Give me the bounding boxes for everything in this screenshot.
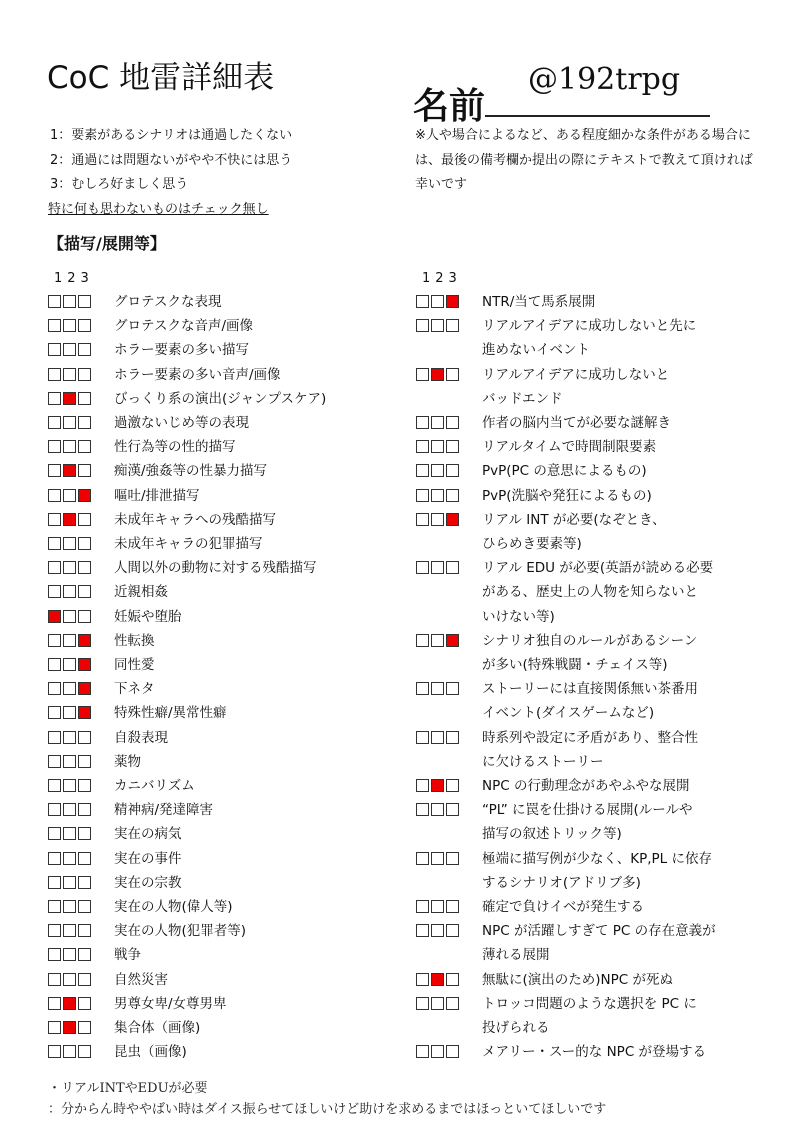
checkbox-2[interactable] [63, 634, 76, 647]
checklist-row: NPC が活躍しすぎて PC の存在意義が薄れる展開 [416, 919, 766, 967]
checkbox-3[interactable] [446, 440, 459, 453]
checkbox-1[interactable] [48, 924, 61, 937]
item-label: リアル INT が必要(なぞとき、ひらめき要素等) [482, 508, 666, 556]
checkbox-1[interactable] [48, 948, 61, 961]
checklist-row: 同性愛 [48, 653, 398, 677]
rating-checkboxes [416, 459, 482, 477]
checkbox-2[interactable] [431, 416, 444, 429]
checkbox-2[interactable] [63, 610, 76, 623]
checkbox-3[interactable] [78, 416, 91, 429]
checkbox-3[interactable] [446, 464, 459, 477]
checkbox-2[interactable] [63, 561, 76, 574]
checkbox-1[interactable] [416, 973, 429, 986]
checkbox-1[interactable] [48, 634, 61, 647]
checklist-row: リアルアイデアに成功しないと先に進めないイベント [416, 314, 766, 362]
item-label: 未成年キャラの犯罪描写 [114, 532, 263, 556]
checkbox-2[interactable] [63, 682, 76, 695]
checkbox-2[interactable] [63, 997, 76, 1010]
rating-checkboxes [416, 992, 482, 1010]
checklist-row: 実在の病気 [48, 822, 398, 846]
rating-checkboxes [416, 1040, 482, 1058]
rating-checkboxes [416, 314, 482, 332]
checkbox-3[interactable] [78, 319, 91, 332]
column-header: 123 [48, 268, 398, 290]
checklist-row: リアルタイムで時間制限要素 [416, 435, 766, 459]
rating-checkboxes [48, 847, 114, 865]
checkbox-2[interactable] [63, 706, 76, 719]
checklist-row: 男尊女卑/女尊男卑 [48, 992, 398, 1016]
checkbox-1[interactable] [416, 513, 429, 526]
checkbox-1[interactable] [48, 440, 61, 453]
item-label: 人間以外の動物に対する残酷描写 [114, 556, 317, 580]
checkbox-3[interactable] [78, 900, 91, 913]
item-label: カニバリズム [114, 774, 195, 798]
section-title: 【描写/展開等】 [48, 231, 166, 254]
checkbox-3[interactable] [446, 779, 459, 792]
checkbox-1[interactable] [416, 416, 429, 429]
item-label-line: 時系列や設定に矛盾があり、整合性 [482, 726, 698, 750]
checklist-row: 確定で負けイベが発生する [416, 895, 766, 919]
checkbox-2[interactable] [63, 658, 76, 671]
checkbox-3[interactable] [446, 973, 459, 986]
checkbox-3[interactable] [78, 948, 91, 961]
checkbox-3[interactable] [78, 295, 91, 308]
legend-item-3: 3：むしろ好ましく思う [48, 173, 292, 198]
checkbox-2[interactable] [431, 561, 444, 574]
checklist-row: NPC の行動理念があやふやな展開 [416, 774, 766, 798]
checkbox-3[interactable] [78, 440, 91, 453]
checkbox-1[interactable] [48, 319, 61, 332]
rating-checkboxes [48, 484, 114, 502]
checklist-row: 作者の脳内当てが必要な謎解き [416, 411, 766, 435]
item-label: NTR/当て馬系展開 [482, 290, 595, 314]
checkbox-3[interactable] [78, 973, 91, 986]
checklist-row: リアルアイデアに成功しないとバッドエンド [416, 363, 766, 411]
checkbox-3[interactable] [446, 513, 459, 526]
checklist-row: びっくり系の演出(ジャンプスケア) [48, 387, 398, 411]
item-label: グロテスクな表現 [114, 290, 221, 314]
checkbox-2[interactable] [431, 1045, 444, 1058]
checklist-row: NTR/当て馬系展開 [416, 290, 766, 314]
item-label: 無駄に(演出のため)NPC が死ぬ [482, 968, 673, 992]
item-label: グロテスクな音声/画像 [114, 314, 253, 338]
checklist-row: カニバリズム [48, 774, 398, 798]
item-label-line: バッドエンド [482, 387, 669, 411]
checkbox-3[interactable] [446, 852, 459, 865]
checklist-row: PvP(洗脳や発狂によるもの) [416, 484, 766, 508]
checkbox-2[interactable] [63, 779, 76, 792]
checkbox-1[interactable] [416, 924, 429, 937]
checkbox-1[interactable] [416, 997, 429, 1010]
item-label-line: 無駄に(演出のため)NPC が死ぬ [482, 968, 673, 992]
checkbox-1[interactable] [48, 803, 61, 816]
rating-checkboxes [416, 726, 482, 744]
checkbox-1[interactable] [416, 561, 429, 574]
item-label: リアルタイムで時間制限要素 [482, 435, 656, 459]
item-label: 実在の事件 [114, 847, 182, 871]
checklist-row: 下ネタ [48, 677, 398, 701]
item-label-line: NPC の行動理念があやふやな展開 [482, 774, 689, 798]
rating-checkboxes [416, 484, 482, 502]
rating-checkboxes [416, 774, 482, 792]
checkbox-2[interactable] [63, 392, 76, 405]
item-label: 同性愛 [114, 653, 155, 677]
checkbox-1[interactable] [48, 1021, 61, 1034]
checkbox-3[interactable] [78, 585, 91, 598]
checklist-row: 嘔吐/排泄描写 [48, 484, 398, 508]
checkbox-2[interactable] [63, 319, 76, 332]
checkbox-3[interactable] [446, 731, 459, 744]
checkbox-2[interactable] [63, 537, 76, 550]
rating-checkboxes [48, 532, 114, 550]
checkbox-2[interactable] [63, 803, 76, 816]
checkbox-1[interactable] [48, 561, 61, 574]
checklist-row: メアリー・スー的な NPC が登場する [416, 1040, 766, 1064]
checkbox-2[interactable] [63, 948, 76, 961]
checkbox-3[interactable] [446, 319, 459, 332]
checkbox-2[interactable] [431, 319, 444, 332]
checkbox-3[interactable] [78, 537, 91, 550]
checkbox-3[interactable] [78, 755, 91, 768]
rating-checkboxes [48, 580, 114, 598]
checkbox-3[interactable] [78, 827, 91, 840]
checkbox-2[interactable] [63, 876, 76, 889]
checkbox-3[interactable] [446, 634, 459, 647]
item-label: 痴漢/強姦等の性暴力描写 [114, 459, 267, 483]
checklist-row: 特殊性癖/異常性癖 [48, 701, 398, 725]
checkbox-2[interactable] [63, 924, 76, 937]
name-underline [485, 115, 710, 117]
checkbox-3[interactable] [78, 634, 91, 647]
checkbox-1[interactable] [48, 779, 61, 792]
checkbox-3[interactable] [78, 513, 91, 526]
item-label-line: に欠けるストーリー [482, 750, 698, 774]
item-label-line: ストーリーには直接関係無い茶番用 [482, 677, 698, 701]
legend: 1：要素があるシナリオは通過したくない 2：通過には問題ないがやや不快には思う … [48, 124, 292, 222]
item-label: 性転換 [114, 629, 155, 653]
checkbox-3[interactable] [446, 803, 459, 816]
checkbox-3[interactable] [446, 1045, 459, 1058]
name-field: 名前 @192trpg [413, 62, 713, 118]
item-label: 実在の宗教 [114, 871, 182, 895]
item-label-line: リアルタイムで時間制限要素 [482, 435, 656, 459]
remark-note: ※人や場合によるなど、ある程度細かな条件がある場合には、最後の備考欄か提出の際に… [415, 124, 755, 198]
checklist-row: 実在の事件 [48, 847, 398, 871]
item-label-line: PvP(洗脳や発狂によるもの) [482, 484, 652, 508]
item-label: ホラー要素の多い描写 [114, 338, 249, 362]
checkbox-1[interactable] [416, 900, 429, 913]
checkbox-2[interactable] [431, 997, 444, 1010]
item-label: 未成年キャラへの残酷描写 [114, 508, 276, 532]
rating-checkboxes [48, 605, 114, 623]
checkbox-3[interactable] [78, 997, 91, 1010]
checkbox-2[interactable] [431, 779, 444, 792]
checkbox-3[interactable] [78, 706, 91, 719]
rating-checkboxes [48, 895, 114, 913]
checkbox-1[interactable] [416, 295, 429, 308]
checkbox-2[interactable] [63, 513, 76, 526]
checkbox-1[interactable] [48, 900, 61, 913]
item-label-line: がある、歴史上の人物を知らないと [482, 580, 713, 604]
checkbox-1[interactable] [48, 416, 61, 429]
rating-checkboxes [48, 411, 114, 429]
item-label: 自殺表現 [114, 726, 168, 750]
checkbox-1[interactable] [416, 803, 429, 816]
checkbox-1[interactable] [416, 852, 429, 865]
item-label-line: が多い(特殊戦闘・チェイス等) [482, 653, 697, 677]
checkbox-2[interactable] [431, 682, 444, 695]
checklist-row: 無駄に(演出のため)NPC が死ぬ [416, 968, 766, 992]
checkbox-3[interactable] [78, 658, 91, 671]
checkbox-2[interactable] [63, 731, 76, 744]
right-checklist: 123 NTR/当て馬系展開リアルアイデアに成功しないと先に進めないイベントリア… [416, 268, 766, 1065]
checklist-row: 人間以外の動物に対する残酷描写 [48, 556, 398, 580]
checklist-row: “PL” に罠を仕掛ける展開(ルールや描写の叙述トリック等) [416, 798, 766, 846]
checkbox-3[interactable] [78, 731, 91, 744]
checkbox-2[interactable] [63, 343, 76, 356]
rating-checkboxes [48, 774, 114, 792]
checkbox-2[interactable] [431, 634, 444, 647]
item-label-line: “PL” に罠を仕掛ける展開(ルールや [482, 798, 692, 822]
rating-checkboxes [48, 508, 114, 526]
rating-checkboxes [48, 701, 114, 719]
checklist-row: 過激ないじめ等の表現 [48, 411, 398, 435]
checkbox-2[interactable] [63, 464, 76, 477]
checklist-row: 集合体（画像) [48, 1016, 398, 1040]
item-label: メアリー・スー的な NPC が登場する [482, 1040, 706, 1064]
checkbox-1[interactable] [48, 343, 61, 356]
checkbox-2[interactable] [63, 585, 76, 598]
checkbox-2[interactable] [431, 973, 444, 986]
checklist-row: 痴漢/強姦等の性暴力描写 [48, 459, 398, 483]
rating-checkboxes [48, 653, 114, 671]
checklist-row: 近親相姦 [48, 580, 398, 604]
rating-checkboxes [416, 968, 482, 986]
checkbox-3[interactable] [78, 561, 91, 574]
item-label-line: リアル EDU が必要(英語が読める必要 [482, 556, 713, 580]
checkbox-2[interactable] [63, 489, 76, 502]
checkbox-3[interactable] [78, 779, 91, 792]
checkbox-2[interactable] [63, 1045, 76, 1058]
checklist-row: 自殺表現 [48, 726, 398, 750]
rating-checkboxes [48, 992, 114, 1010]
checkbox-2[interactable] [63, 900, 76, 913]
checkbox-3[interactable] [78, 682, 91, 695]
checklist-row: 性転換 [48, 629, 398, 653]
checkbox-1[interactable] [416, 440, 429, 453]
checkbox-1[interactable] [48, 827, 61, 840]
item-label: 過激ないじめ等の表現 [114, 411, 249, 435]
rating-checkboxes [416, 411, 482, 429]
rating-checkboxes [48, 314, 114, 332]
checkbox-2[interactable] [431, 489, 444, 502]
checkbox-1[interactable] [416, 682, 429, 695]
checkbox-1[interactable] [48, 973, 61, 986]
checklist-row: 性行為等の性的描写 [48, 435, 398, 459]
checklist-row: 昆虫（画像) [48, 1040, 398, 1064]
checkbox-3[interactable] [78, 803, 91, 816]
checkbox-2[interactable] [431, 731, 444, 744]
checkbox-2[interactable] [63, 440, 76, 453]
checkbox-1[interactable] [48, 731, 61, 744]
rating-checkboxes [48, 556, 114, 574]
item-label-line: イベント(ダイスゲームなど) [482, 701, 698, 725]
left-checklist: 123 グロテスクな表現グロテスクな音声/画像ホラー要素の多い描写ホラー要素の多… [48, 268, 398, 1065]
checkbox-1[interactable] [48, 368, 61, 381]
rating-checkboxes [48, 750, 114, 768]
item-label-line: シナリオ独自のルールがあるシーン [482, 629, 697, 653]
checkbox-1[interactable] [48, 682, 61, 695]
column-header: 123 [416, 268, 766, 290]
item-label: 下ネタ [114, 677, 155, 701]
checkbox-2[interactable] [63, 416, 76, 429]
rating-checkboxes [416, 895, 482, 913]
checkbox-2[interactable] [63, 368, 76, 381]
checkbox-3[interactable] [78, 464, 91, 477]
checkbox-1[interactable] [416, 731, 429, 744]
checkbox-3[interactable] [78, 852, 91, 865]
item-label: 実在の人物(犯罪者等) [114, 919, 246, 943]
item-label: 極端に描写例が少なく、KP,PL に依存するシナリオ(アドリブ多) [482, 847, 712, 895]
checkbox-3[interactable] [446, 368, 459, 381]
item-label: NPC の行動理念があやふやな展開 [482, 774, 689, 798]
checkbox-2[interactable] [63, 295, 76, 308]
checklist-row: リアル EDU が必要(英語が読める必要がある、歴史上の人物を知らないといけない… [416, 556, 766, 629]
checkbox-2[interactable] [431, 295, 444, 308]
checkbox-1[interactable] [416, 319, 429, 332]
rating-checkboxes [48, 435, 114, 453]
item-label-line: 極端に描写例が少なく、KP,PL に依存 [482, 847, 712, 871]
checkbox-3[interactable] [446, 561, 459, 574]
checkbox-3[interactable] [78, 392, 91, 405]
checkbox-2[interactable] [431, 368, 444, 381]
rating-checkboxes [48, 629, 114, 647]
checkbox-1[interactable] [416, 779, 429, 792]
rating-checkboxes [48, 387, 114, 405]
checkbox-3[interactable] [78, 1045, 91, 1058]
checkbox-2[interactable] [63, 755, 76, 768]
checklist-row: 実在の宗教 [48, 871, 398, 895]
legend-item-2: 2：通過には問題ないがやや不快には思う [48, 149, 292, 174]
item-label-line: 作者の脳内当てが必要な謎解き [482, 411, 671, 435]
checkbox-1[interactable] [48, 610, 61, 623]
checkbox-3[interactable] [78, 343, 91, 356]
checkbox-2[interactable] [63, 852, 76, 865]
item-label: ホラー要素の多い音声/画像 [114, 363, 281, 387]
checkbox-1[interactable] [48, 537, 61, 550]
checkbox-1[interactable] [48, 997, 61, 1010]
checkbox-1[interactable] [48, 392, 61, 405]
checkbox-3[interactable] [78, 610, 91, 623]
item-label: 妊娠や堕胎 [114, 605, 182, 629]
item-label: びっくり系の演出(ジャンプスケア) [114, 387, 326, 411]
item-label-line: いけない等) [482, 605, 713, 629]
checklist-row: トロッコ問題のような選択を PC に投げられる [416, 992, 766, 1040]
checkbox-1[interactable] [48, 658, 61, 671]
item-label: 実在の人物(偉人等) [114, 895, 233, 919]
rating-checkboxes [48, 798, 114, 816]
footer-line-2: ：分からん時ややばい時はダイス振らせてほしいけど助けを求めるまではほっといてほし… [48, 1099, 606, 1120]
checkbox-2[interactable] [63, 1021, 76, 1034]
checkbox-3[interactable] [446, 295, 459, 308]
checklist-row: シナリオ独自のルールがあるシーンが多い(特殊戦闘・チェイス等) [416, 629, 766, 677]
rating-checkboxes [48, 338, 114, 356]
item-label: 男尊女卑/女尊男卑 [114, 992, 227, 1016]
checkbox-1[interactable] [416, 1045, 429, 1058]
checkbox-2[interactable] [63, 973, 76, 986]
rating-checkboxes [48, 363, 114, 381]
rating-checkboxes [48, 459, 114, 477]
item-label-line: 確定で負けイベが発生する [482, 895, 644, 919]
checkbox-2[interactable] [431, 924, 444, 937]
checkbox-3[interactable] [446, 489, 459, 502]
checkbox-2[interactable] [431, 440, 444, 453]
checklist-row: 極端に描写例が少なく、KP,PL に依存するシナリオ(アドリブ多) [416, 847, 766, 895]
item-label: ストーリーには直接関係無い茶番用イベント(ダイスゲームなど) [482, 677, 698, 725]
legend-item-1: 1：要素があるシナリオは通過したくない [48, 124, 292, 149]
checkbox-1[interactable] [416, 368, 429, 381]
item-label: 昆虫（画像) [114, 1040, 187, 1064]
checkbox-3[interactable] [78, 489, 91, 502]
checkbox-2[interactable] [63, 827, 76, 840]
checkbox-1[interactable] [48, 295, 61, 308]
checkbox-1[interactable] [416, 464, 429, 477]
name-value[interactable]: @192trpg [528, 62, 680, 97]
checkbox-3[interactable] [446, 682, 459, 695]
checkbox-1[interactable] [48, 585, 61, 598]
checkbox-2[interactable] [431, 900, 444, 913]
rating-checkboxes [48, 919, 114, 937]
item-label: 精神病/発達障害 [114, 798, 213, 822]
rating-checkboxes [48, 677, 114, 695]
checklist-row: ホラー要素の多い描写 [48, 338, 398, 362]
checkbox-3[interactable] [78, 1021, 91, 1034]
checkbox-1[interactable] [48, 489, 61, 502]
checkbox-1[interactable] [416, 489, 429, 502]
checkbox-1[interactable] [48, 755, 61, 768]
checkbox-3[interactable] [78, 368, 91, 381]
checkbox-1[interactable] [48, 876, 61, 889]
checkbox-3[interactable] [446, 997, 459, 1010]
checkbox-1[interactable] [48, 464, 61, 477]
rating-checkboxes [416, 919, 482, 937]
checkbox-2[interactable] [431, 803, 444, 816]
item-label-line: 薄れる展開 [482, 943, 716, 967]
checkbox-2[interactable] [431, 464, 444, 477]
checkbox-2[interactable] [431, 513, 444, 526]
rating-checkboxes [48, 726, 114, 744]
rating-checkboxes [416, 847, 482, 865]
checkbox-3[interactable] [78, 924, 91, 937]
checkbox-1[interactable] [48, 706, 61, 719]
rating-checkboxes [416, 363, 482, 381]
item-label-line: 進めないイベント [482, 338, 696, 362]
item-label: “PL” に罠を仕掛ける展開(ルールや描写の叙述トリック等) [482, 798, 692, 846]
checkbox-3[interactable] [446, 416, 459, 429]
rating-checkboxes [416, 798, 482, 816]
checkbox-3[interactable] [446, 924, 459, 937]
name-label: 名前 [413, 78, 485, 129]
checkbox-1[interactable] [48, 852, 61, 865]
checkbox-2[interactable] [431, 852, 444, 865]
checkbox-1[interactable] [48, 513, 61, 526]
legend-note: 特に何も思わないものはチェック無し [48, 198, 292, 223]
checkbox-1[interactable] [48, 1045, 61, 1058]
checkbox-3[interactable] [78, 876, 91, 889]
checkbox-3[interactable] [446, 900, 459, 913]
item-label: PvP(PC の意思によるもの) [482, 459, 647, 483]
checkbox-1[interactable] [416, 634, 429, 647]
